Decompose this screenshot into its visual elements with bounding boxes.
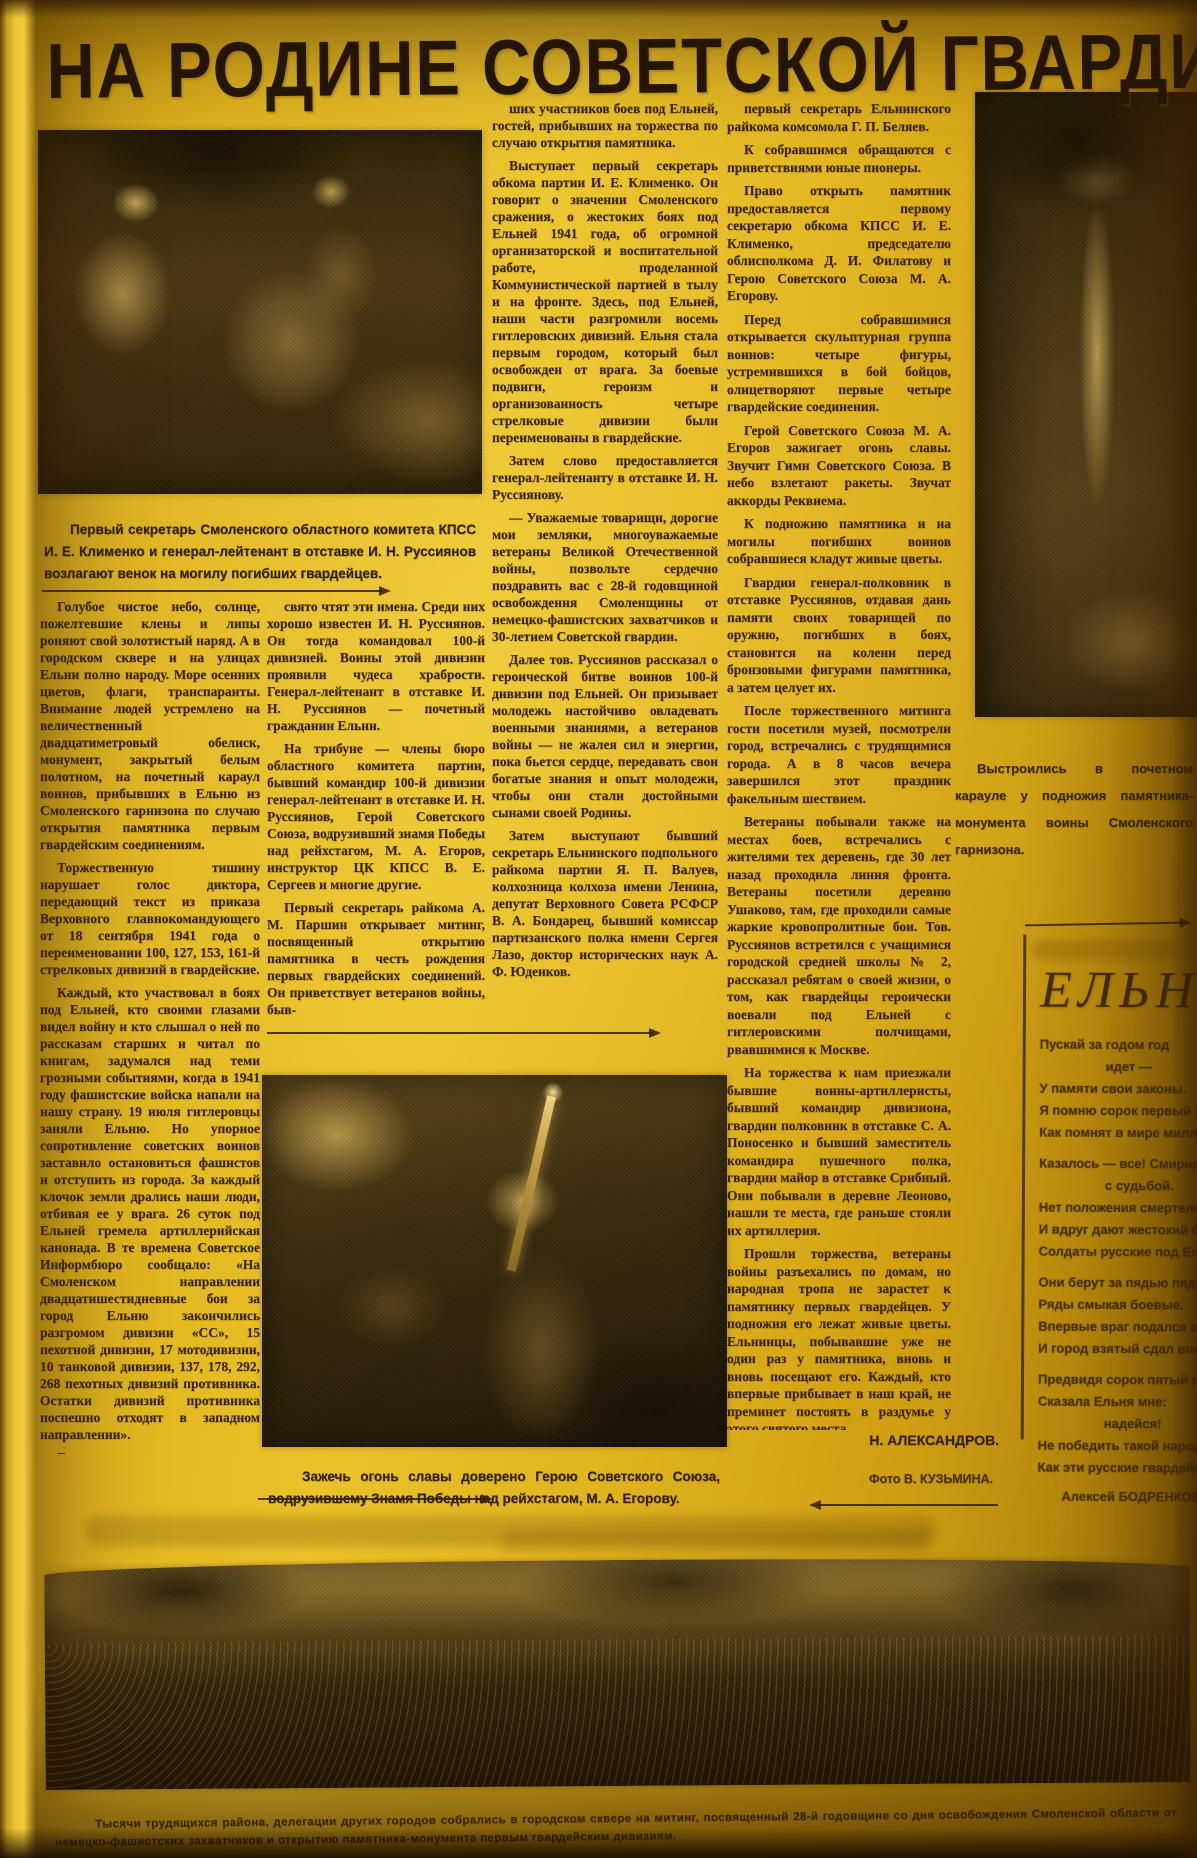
article-paragraph: Голубое чистое небо, солнце, пожелтевшие… [40, 598, 260, 853]
poem-line: Солдаты русские под Ельней. [1039, 1241, 1197, 1264]
photo-crowd-panorama [44, 1556, 1191, 1790]
article-paragraph: Каждый, кто участвовал в боях под Ельней… [40, 984, 260, 1443]
poem-line: Я помню сорок первый год. [1039, 1100, 1197, 1123]
poem-title: ЕЛЬНЯ [1040, 961, 1197, 1021]
article-column-3: ших участников боев под Ельней, гостей, … [492, 100, 718, 1028]
article-column-4: первый секретарь Ельнинского райкома ком… [727, 100, 951, 1430]
photo-wreath-ceremony [38, 130, 482, 494]
photo-caption-flame: Зажечь огонь славы доверено Герою Советс… [268, 1466, 720, 1510]
article-byline: Н. АЛЕКСАНДРОВ. [727, 1432, 999, 1448]
poem-lines: Пускай за годом годидет —У памяти свои з… [1037, 1034, 1197, 1480]
poem-line: Предвидя сорок пятый год, [1038, 1369, 1197, 1392]
article-paragraph: Гвардии генерал-полковник в отставке Рус… [727, 574, 951, 697]
article-paragraph: К собравшимся обращаются с приветствиями… [727, 141, 951, 176]
article-paragraph: Торжественную тишину нарушает голос дикт… [40, 859, 260, 978]
article-paragraph: Выступает первый секретарь обкома партии… [492, 157, 718, 446]
print-showthrough-smudge [85, 1516, 935, 1546]
page-edge-left [0, 0, 36, 1858]
article-paragraph: Ельнинцам известны множество имен героев… [40, 1449, 260, 1454]
article-paragraph: Далее тов. Руссиянов рассказал о героиче… [492, 651, 718, 821]
torch-flame-shape [507, 1095, 556, 1271]
article-paragraph: После торжественного митинга гости посет… [727, 702, 951, 807]
photo-credit: Фото В. КУЗЬМИНА. [727, 1472, 993, 1486]
poem-line: Ряды смыкая боевые. [1038, 1294, 1197, 1317]
article-paragraph: Затем слово предоставляется генерал-лейт… [492, 452, 718, 503]
newspaper-page: НА РОДИНЕ СОВЕТСКОЙ ГВАРДИИ Первый секре… [0, 0, 1197, 1858]
photo-caption-monument: Выстроились в почетном карауле у подножи… [955, 755, 1193, 863]
article-paragraph: К подножию памятника и на могилы погибши… [727, 515, 951, 568]
poem-line: Не победить такой народ, [1038, 1435, 1197, 1458]
poem-line: И вдруг дают жестокий бой [1039, 1219, 1197, 1242]
article-paragraph: На торжества к нам приезжали бывшие воин… [727, 1064, 951, 1239]
article-paragraph: Прошли торжества, ветераны войны разъеха… [727, 1245, 951, 1430]
poem-line: идет — [1040, 1056, 1197, 1079]
article-paragraph: Затем выступают бывший секретарь Ельнинс… [492, 827, 718, 980]
poem-line: Нет положения смертельней. [1039, 1197, 1197, 1220]
section-divider-arrow [258, 1498, 484, 1500]
print-showthrough-smudge [500, 1530, 930, 1552]
section-divider-arrow [267, 1032, 652, 1034]
poem-line: с судьбой. [1039, 1175, 1197, 1198]
article-paragraph: свято чтят эти имена. Среди них хорошо и… [267, 598, 485, 734]
poem-line: надейся! [1038, 1413, 1197, 1436]
poem-line: Сказала Ельня мне: [1038, 1391, 1197, 1414]
section-divider-arrow [42, 590, 382, 592]
poem-line: У памяти свои законы. [1039, 1078, 1197, 1101]
page-edge-top [0, 0, 1197, 18]
article-paragraph: Ветераны побывали также на местах боев, … [727, 813, 951, 1058]
article-column-2: свято чтят эти имена. Среди них хорошо и… [267, 598, 485, 1030]
article-paragraph: Право открыть памятник предоставляется п… [727, 182, 951, 305]
section-divider-arrow [818, 1504, 998, 1506]
poem-line: Они берут за пядью пядь, [1038, 1272, 1197, 1295]
poem-line: Пускай за годом год [1040, 1034, 1197, 1057]
photo-flame-lighting [262, 1075, 727, 1447]
article-paragraph: Герой Советского Союза М. А. Егоров зажи… [727, 422, 951, 510]
poem-line: Казалось — все! Смирись [1039, 1153, 1197, 1176]
photo-monument-guard [975, 92, 1197, 717]
article-paragraph: Перед собравшимися открывается скульптур… [727, 311, 951, 416]
article-column-1: Голубое чистое небо, солнце, пожелтевшие… [40, 598, 260, 1454]
article-paragraph: Первый секретарь райкома А. М. Паршин от… [267, 899, 485, 1018]
poem-elnya: ЕЛЬНЯ Пускай за годом годидет —У памяти … [1021, 935, 1197, 1441]
poem-line: И город взятый сдал впервые. [1038, 1338, 1197, 1361]
poem-line: Впервые враг подался вспять [1038, 1316, 1197, 1339]
poem-author: Алексей БОДРЕНКОВ [1037, 1489, 1197, 1505]
photo-caption-wreath: Первый секретарь Смоленского областного … [44, 519, 476, 585]
poem-line: Как помнят в мире миллионы. [1039, 1122, 1197, 1145]
article-paragraph: — Уважаемые товарищи, дорогие мои земляк… [492, 509, 718, 645]
article-paragraph: На трибуне — члены бюро областного комит… [267, 740, 485, 893]
section-divider-arrow [1025, 922, 1183, 927]
photo-caption-panorama: Тысячи трудящихся района, делегации друг… [55, 1804, 1177, 1852]
poem-line: Как эти русские гвардейцы! [1037, 1457, 1197, 1480]
page-headline: НА РОДИНЕ СОВЕТСКОЙ ГВАРДИИ [46, 15, 1197, 117]
